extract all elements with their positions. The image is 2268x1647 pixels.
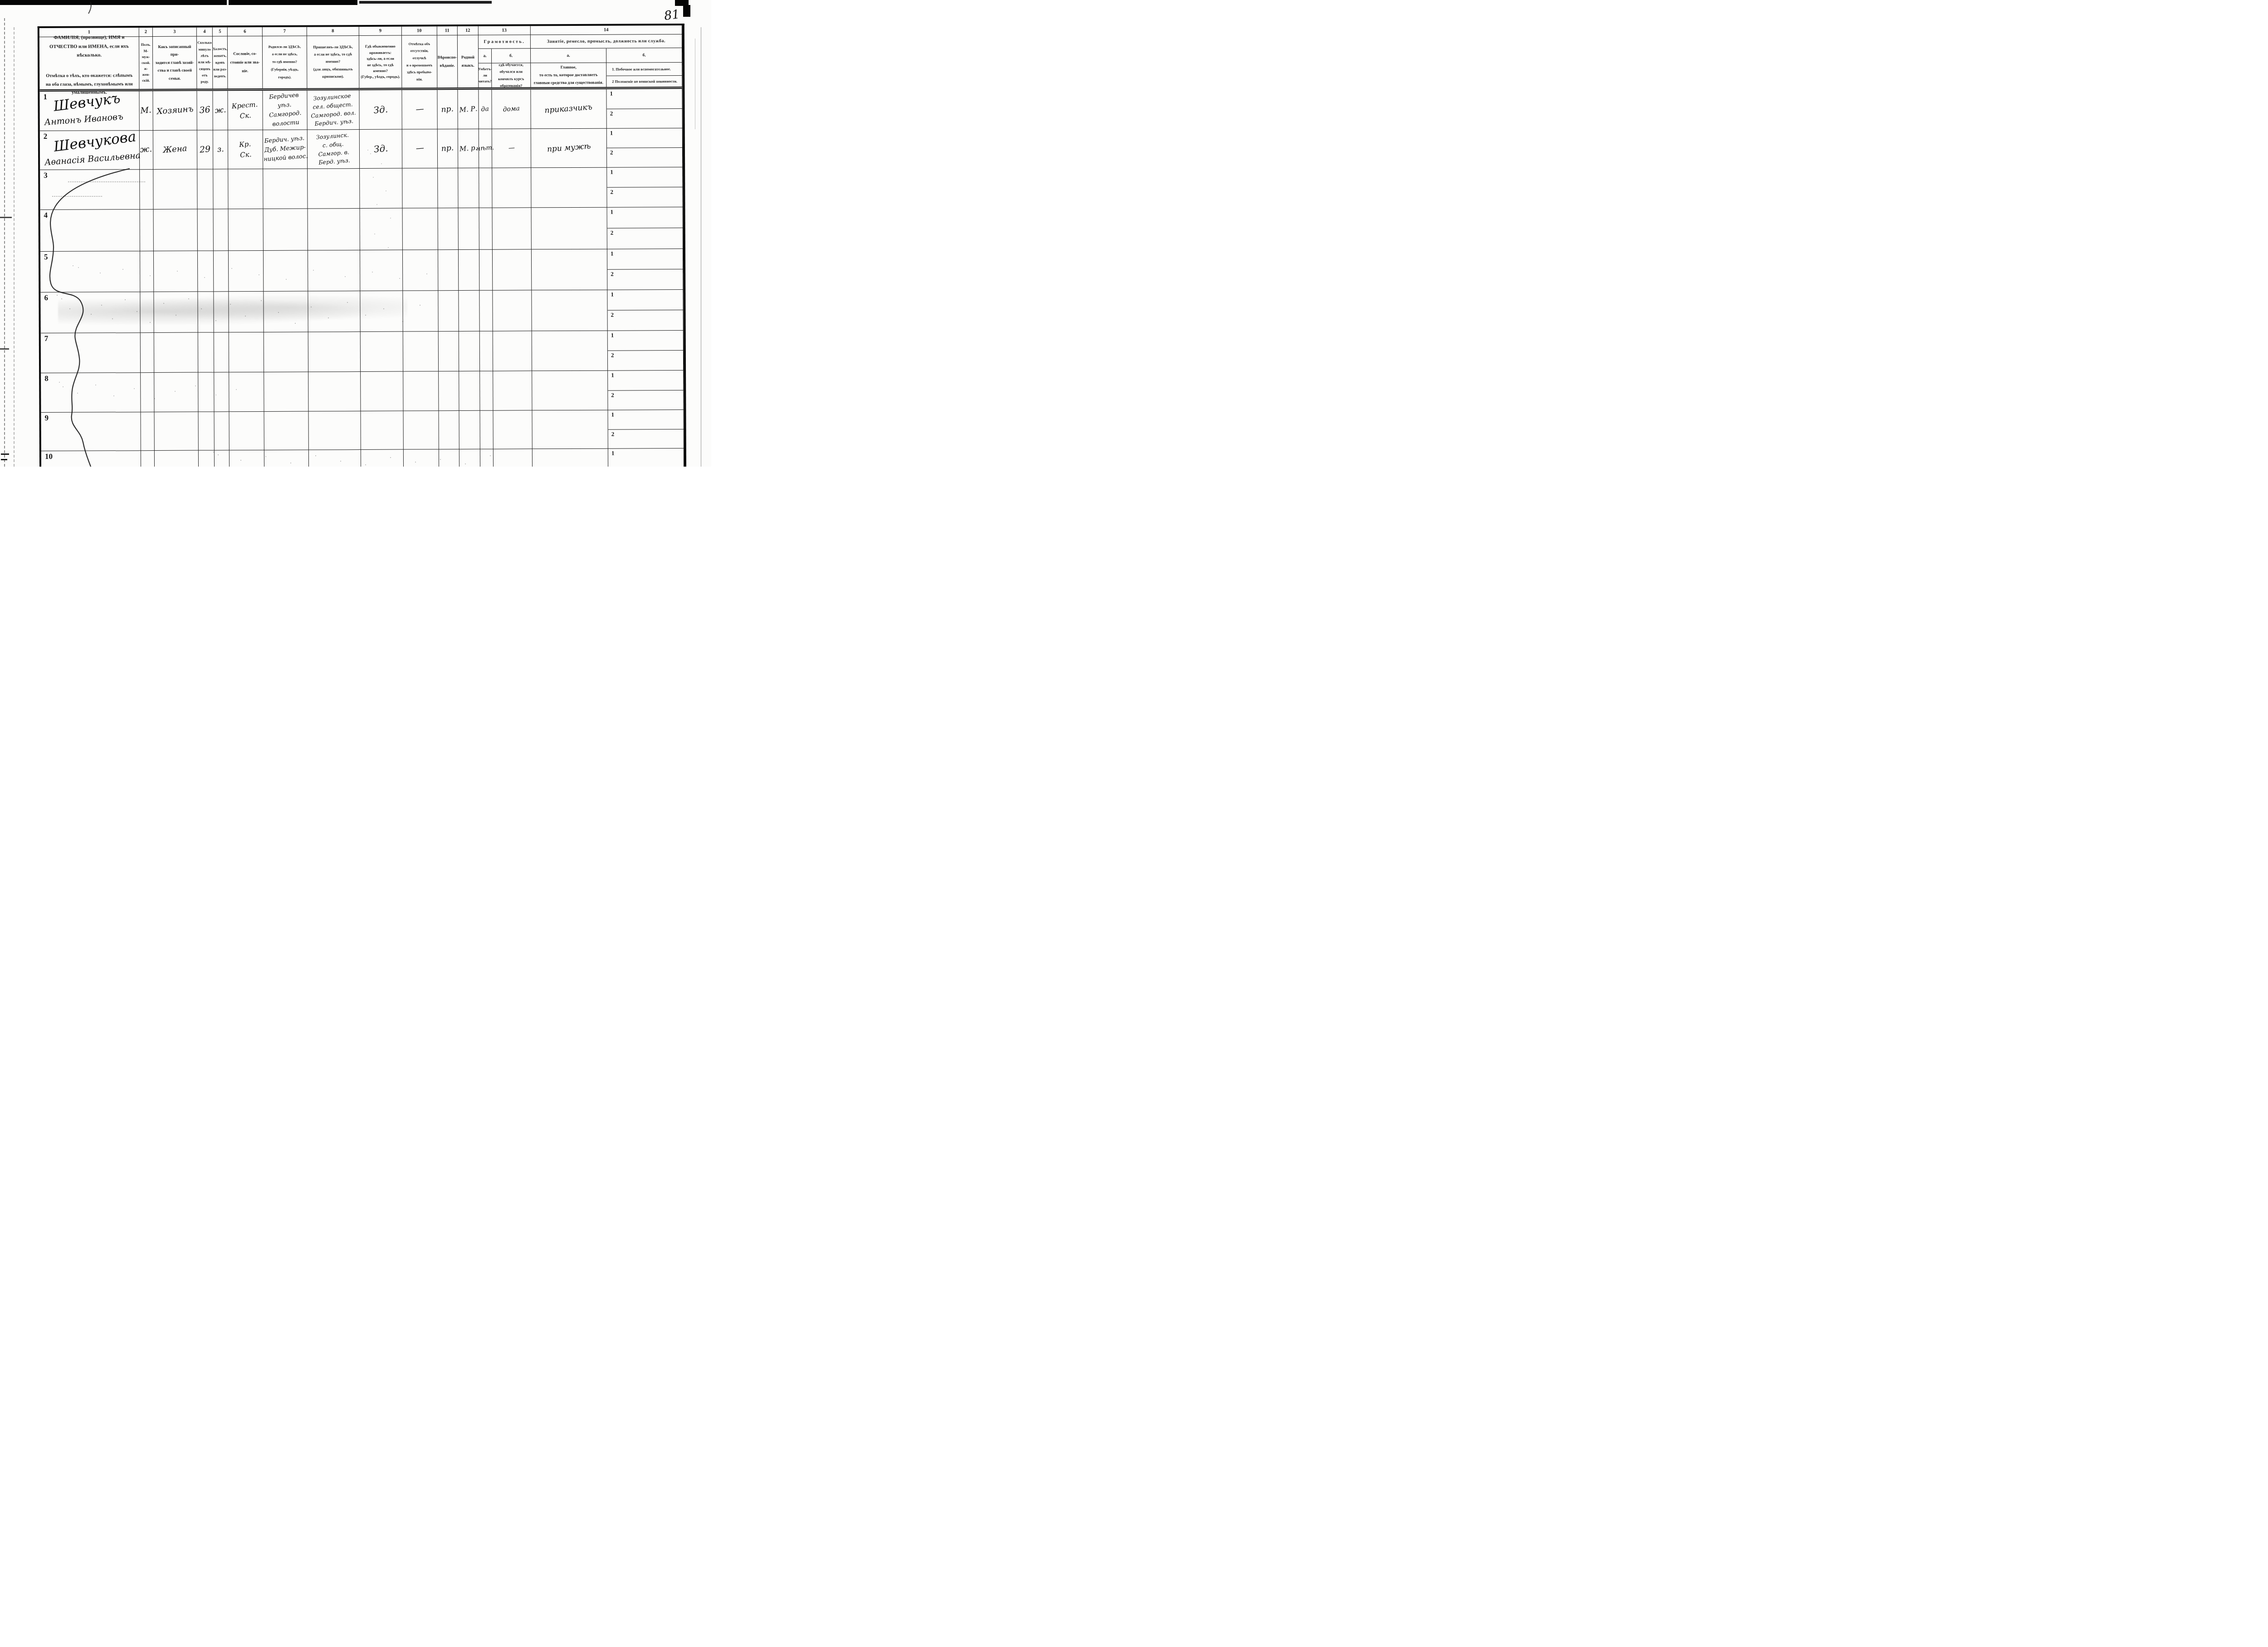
row-1-cell-lang: М. Р. [458, 90, 479, 129]
header-literacy-education: гдѣ обучается, обучался или кончилъ курс… [492, 63, 531, 89]
row-5-cell-lit [479, 250, 493, 291]
row-10-cell-abs [404, 449, 439, 467]
row-3-cell-reg [308, 169, 360, 209]
row-6-side-occupation-1: 1 [607, 290, 683, 311]
row-1-cell-edu: дома [492, 89, 531, 129]
header-literacy-a: а. [479, 49, 492, 63]
row-4-side-occupation-1: 1 [607, 207, 683, 229]
row-5-cell-live [360, 250, 403, 291]
row-4-cell-edu [493, 208, 532, 249]
row-2-cell-born: Бердич. уѣз. Дуб. Межир- ницкой волос. [263, 130, 308, 169]
row-9-cell-abs [403, 411, 439, 449]
header-absence: Отмѣтка объ отсутствіи, отлучкѣ и о врем… [402, 35, 438, 90]
row-8-cell-reg [308, 372, 361, 412]
row-number-10: 10 [45, 452, 53, 461]
row-8-cell-lit [480, 371, 493, 411]
header-birthplace: Родился-ли ЗДѢСЬ, а если не здѣсь, то гд… [263, 36, 308, 91]
header-occupation-a: а. [531, 49, 606, 63]
row-9-cell-rel [154, 412, 198, 451]
row-9-side-occupation-2: 2 [608, 429, 684, 449]
row-7-cell-reg [308, 332, 361, 372]
side-occupation-label-2: 2 [611, 271, 614, 278]
row-8-cell-edu [493, 371, 532, 410]
row-5-cell-age [198, 251, 214, 292]
row-3-cell-born [263, 169, 308, 209]
side-occupation-label-2: 2 [611, 352, 614, 359]
row-4-cell-occ [532, 208, 607, 250]
row-8-cell-lang [459, 371, 480, 411]
row-10-cell-est [230, 450, 264, 467]
row-9-cell-est [229, 412, 264, 450]
row-2-rel-value: Жена [162, 143, 187, 156]
row-1-age-value: 36 [199, 104, 211, 117]
row-4-cell-abs [403, 208, 438, 250]
row-2-cell-lit: нѣт. [479, 129, 492, 168]
margin-dash [1, 459, 7, 460]
row-3-cell-sex [140, 170, 153, 210]
row-number-8: 8 [44, 374, 49, 383]
margin-line [4, 18, 5, 467]
row-1-cell-live: Зд. [359, 90, 402, 130]
row-10-cell-mar [215, 450, 230, 467]
row-2-lang-value: М. р. [459, 143, 478, 154]
row-7-cell-born [264, 332, 308, 372]
row-9-cell-edu [493, 410, 532, 449]
row-9-cell-reg [308, 411, 361, 450]
row-6-cell-name: 6 [40, 292, 140, 333]
row-9-cell-name: 9 [41, 412, 141, 451]
row-9-cell-lit [480, 411, 493, 449]
census-sheet-scan: 81 1 2 3 4 5 6 7 8 9 10 11 12 13 14 ФАМИ… [0, 0, 711, 467]
row-2-mar-value: з. [217, 144, 224, 155]
col-number-14: 14 [531, 25, 682, 35]
side-occupation-label-1: 1 [611, 332, 614, 339]
row-2-faith-value: пр. [441, 143, 455, 154]
side-occupation-label-2: 2 [611, 431, 615, 438]
row-10-cell-faith [439, 449, 459, 467]
row-3-cell-age [197, 169, 213, 209]
row-10-cell-lit [480, 449, 494, 467]
row-1-cell-est: Крест. Ск. [228, 91, 263, 130]
header-sex: Полъ. М-муж- ской. ж-жен- скій. [139, 37, 153, 91]
row-6-cell-lit [479, 291, 493, 331]
row-5-cell-lang [459, 250, 479, 291]
row-9-cell-occ [532, 410, 608, 449]
col-number-4: 4 [197, 27, 213, 36]
row-6-cell-lang [459, 291, 479, 331]
row-5-cell-reg [308, 250, 360, 292]
row-4-cell-born [264, 209, 308, 251]
side-occupation-label-1: 1 [610, 130, 613, 137]
row-7-side-occupation-1: 1 [608, 331, 684, 351]
row-8-cell-abs [403, 371, 439, 411]
row-10-cell-occ [533, 449, 608, 467]
row-6-cell-born [264, 292, 308, 332]
row-6-cell-mar [214, 292, 229, 332]
row-3-cell-faith [438, 168, 458, 208]
row-7-cell-live [361, 332, 403, 372]
row-8-cell-name: 8 [41, 373, 141, 413]
row-4-cell-age [198, 209, 214, 251]
row-5-cell-sex [140, 251, 154, 292]
row-5-cell-rel [154, 251, 198, 292]
margin-dash [0, 217, 12, 218]
row-10-cell-age [199, 450, 215, 467]
row-4-cell-name: 4 [40, 210, 140, 252]
row-1-cell-abs: — [402, 90, 437, 129]
row-5-cell-name: 5 [40, 251, 140, 292]
row-number-1: 1 [43, 93, 47, 102]
col-number-9: 9 [359, 27, 402, 36]
row-2-live-value: Зд. [373, 142, 388, 156]
row-9-cell-sex [141, 412, 154, 451]
row-10-cell-reg [309, 450, 361, 467]
row-number-2: 2 [44, 132, 48, 141]
row-3-cell-occ [531, 168, 607, 208]
row-10-cell-born [264, 450, 309, 467]
row-5-cell-edu [493, 249, 532, 290]
col-number-12: 12 [458, 26, 479, 35]
row-3-cell-abs [402, 168, 438, 208]
row-6-side-occupation-2: 2 [608, 310, 684, 331]
row-1-cell-rel: Хозяинъ [153, 91, 197, 131]
col-number-5: 5 [213, 27, 228, 36]
row-4-cell-mar [214, 209, 229, 251]
row-2-est-value: Кр. Ск. [239, 139, 252, 160]
row-8-cell-faith [439, 371, 459, 411]
row-3-cell-rel [153, 170, 197, 210]
row-8-cell-live [361, 372, 403, 411]
header-age: Сколько минуло лѣтъ или мѣ- сяцевъ отъ р… [197, 36, 213, 91]
row-10-cell-sex [141, 451, 155, 467]
row-1-cell-mar: ж. [213, 91, 228, 130]
row-9-cell-mar [214, 412, 229, 450]
row-8-side-occupation-1: 1 [608, 370, 684, 391]
row-2-cell-reg: Зозулинск. с. общ. Самгор. в. Берд. уѣз. [308, 130, 360, 169]
row-7-cell-abs [403, 331, 439, 371]
side-occupation-label-1: 1 [611, 209, 614, 216]
row-5-cell-mar [214, 251, 229, 292]
row-8-side-occupation-2: 2 [608, 390, 684, 410]
scan-corner-mark [683, 5, 690, 17]
row-4-cell-est [229, 209, 264, 251]
row-2-cell-live: Зд. [360, 130, 402, 169]
row-10-cell-rel [155, 451, 199, 467]
side-occupation-label-2: 2 [610, 110, 613, 117]
row-1-cell-occ: приказчикъ [531, 89, 606, 129]
row-2-cell-sex: ж. [140, 131, 153, 170]
row-5-cell-occ [532, 249, 607, 291]
page-edge-line [701, 27, 701, 467]
row-7-cell-est [229, 332, 264, 372]
row-2-sex-value: ж. [140, 144, 153, 156]
row-4-cell-lit [479, 208, 493, 250]
header-religion: Вѣроиспо- вѣданіе. [437, 35, 458, 90]
side-occupation-label-1: 1 [611, 411, 614, 419]
row-1-lit-value: да [481, 105, 489, 114]
row-3-side-occupation-1: 1 [607, 167, 683, 188]
row-5-side-occupation-1: 1 [607, 249, 683, 270]
row-1-cell-reg: Зозулинское сел. общест. Самгород. вол. … [307, 90, 359, 130]
row-2-edu-value: — [508, 144, 515, 153]
row-1-side-occupation-1: 1 [606, 89, 682, 109]
row-2-cell-rel: Жена [153, 131, 197, 170]
row-2-cell-faith: пр. [438, 129, 458, 168]
row-2-abs-value: — [415, 143, 425, 155]
row-3-cell-lit [479, 168, 492, 208]
row-2-occ-value: при мужѣ [547, 141, 591, 155]
row-6-cell-est [229, 292, 264, 332]
row-2-cell-name: 2ШевчуковаАѳанасія Васильевна [40, 131, 140, 170]
row-8-cell-occ [532, 371, 608, 411]
header-estate: Сословіе, со- стояніе или зва- ніе. [228, 36, 263, 91]
row-1-reg-value: Зозулинское сел. общест. Самгород. вол. … [309, 91, 357, 128]
row-2-age-value: 29 [199, 143, 211, 156]
row-6-cell-age [198, 292, 214, 332]
row-6-cell-occ [532, 290, 607, 331]
row-5-cell-est [229, 251, 264, 292]
row-8-cell-rel [154, 373, 198, 412]
row-5-cell-born [264, 251, 308, 292]
row-3-side-occupation-2: 2 [607, 187, 683, 208]
header-occupation-military: 2 Положеніе по воинской повинности. [606, 76, 682, 89]
row-7-cell-age [198, 332, 214, 372]
row-1-live-value: Зд. [373, 103, 388, 116]
row-5-cell-faith [438, 250, 459, 291]
row-10-cell-edu [494, 449, 533, 467]
row-number-3: 3 [44, 171, 48, 180]
side-occupation-label-1: 1 [611, 372, 614, 379]
header-language: Родной языкъ. [458, 35, 479, 90]
margin-dash [0, 348, 9, 350]
row-1-cell-name: 1ШевчукъАнтонъ Ивановъ [39, 91, 139, 131]
census-table: 1 2 3 4 5 6 7 8 9 10 11 12 13 14 ФАМИЛІЯ… [38, 24, 686, 467]
side-occupation-label-1: 1 [611, 450, 615, 457]
row-6-cell-rel [154, 292, 198, 333]
row-9-cell-faith [439, 411, 459, 449]
row-2-cell-edu: — [492, 129, 531, 168]
row-1-abs-value: — [415, 104, 424, 116]
row-6-cell-abs [403, 291, 438, 331]
row-number-5: 5 [44, 253, 48, 262]
page-number: 81 [663, 7, 680, 23]
row-8-cell-est [229, 372, 264, 412]
side-occupation-label-2: 2 [610, 189, 613, 196]
row-2-born-value: Бердич. уѣз. Дуб. Межир- ницкой волос. [262, 134, 308, 165]
row-4-side-occupation-2: 2 [607, 228, 683, 249]
row-2-cell-occ: при мужѣ [531, 129, 607, 168]
header-occupation-main: Главное, то есть то, которое доставляетъ… [531, 63, 606, 90]
row-2-side-occupation-1: 1 [607, 128, 683, 148]
row-9-cell-age [198, 412, 214, 450]
row-number-7: 7 [44, 334, 49, 343]
col-number-3: 3 [153, 28, 197, 37]
row-2-cell-mar: з. [213, 130, 228, 169]
row-4-cell-live [360, 209, 403, 250]
side-occupation-label-2: 2 [611, 392, 614, 399]
row-3-cell-lang [458, 168, 479, 208]
row-8-cell-born [264, 372, 308, 412]
row-9-cell-lang [459, 411, 480, 449]
row-9-cell-born [264, 412, 308, 450]
row-1-faith-value: пр. [441, 104, 454, 115]
margin-dash [1, 453, 9, 455]
col-number-10: 10 [402, 26, 437, 35]
scan-edge-bar [359, 1, 492, 4]
row-3-cell-live [360, 169, 402, 209]
row-2-cell-abs: — [402, 129, 438, 168]
row-1-mar-value: ж. [214, 105, 226, 116]
row-3-cell-mar [213, 169, 228, 209]
row-1-est-value: Крест. Ск. [231, 99, 259, 122]
row-1-cell-born: Бердичев уѣз. Самгород. волости [263, 91, 307, 130]
col-number-2: 2 [139, 28, 153, 37]
row-7-cell-occ [532, 331, 608, 371]
header-occupation-b: б. [606, 48, 682, 63]
row-8-cell-mar [214, 372, 229, 412]
row-10-cell-lang [459, 449, 480, 467]
row-5-cell-abs [403, 250, 438, 291]
row-7-cell-name: 7 [41, 333, 141, 373]
row-9-cell-live [361, 411, 403, 450]
row-1-cell-faith: пр. [437, 90, 458, 129]
side-occupation-label-1: 1 [611, 291, 614, 298]
row-2-reg-value: Зозулинск. с. общ. Самгор. в. Берд. уѣз. [316, 131, 351, 167]
row-3-cell-est [228, 169, 263, 209]
header-name-main: ФАМИЛІЯ, (прозвище), ИМЯ и ОТЧЕСТВО или … [44, 33, 134, 60]
row-10-cell-name: 10 [41, 451, 141, 467]
col-number-6: 6 [228, 27, 263, 36]
header-relation: Какъ записанный при- ходится главѣ хозяй… [153, 37, 197, 91]
row-8-cell-age [198, 372, 214, 412]
row-7-side-occupation-2: 2 [608, 351, 684, 371]
row-number-6: 6 [44, 293, 48, 302]
scan-edge-bar [0, 0, 227, 5]
row-1-cell-age: 36 [197, 91, 213, 130]
row-1-cell-lit: да [479, 90, 492, 129]
row-4-cell-lang [459, 208, 479, 250]
side-occupation-label-2: 2 [611, 312, 614, 319]
header-literacy-group: Грамотность. [479, 35, 531, 49]
row-5-side-occupation-2: 2 [607, 269, 683, 290]
margin-line [14, 27, 15, 467]
row-7-cell-edu [493, 331, 532, 371]
row-4-cell-sex [140, 210, 154, 251]
row-8-cell-sex [141, 373, 154, 412]
col-number-8: 8 [307, 27, 359, 36]
row-4-cell-rel [154, 210, 198, 251]
page-edge-line [695, 39, 695, 129]
row-1-sex-value: М. [140, 105, 152, 117]
row-4-cell-reg [308, 209, 360, 251]
row-7-cell-rel [154, 333, 198, 373]
row-10-side-occupation-1: 1 [608, 448, 684, 467]
col-number-11: 11 [437, 26, 458, 35]
row-3-cell-name: 3 [40, 170, 140, 210]
header-literacy-read: Умѣетъ- ли читать? [479, 63, 492, 90]
row-6-cell-faith [438, 291, 459, 331]
header-registered: Приписанъ-ли ЗДѢСЬ, а если не здѣсь, то … [307, 36, 360, 91]
header-marital: Холостъ, женатъ, вдовъ или раз- веденъ. [213, 36, 228, 91]
row-1-edu-value: дома [503, 104, 520, 114]
header-residence: Гдѣ обыкновенно проживаетъ: здѣсь-ли, а … [359, 36, 402, 90]
side-occupation-label-1: 1 [611, 250, 614, 258]
row-1-rel-value: Хозяинъ [156, 104, 193, 117]
row-2-cell-est: Кр. Ск. [228, 130, 263, 169]
row-3-cell-edu [492, 168, 531, 208]
scan-edge-bar [229, 0, 357, 5]
side-occupation-label-2: 2 [610, 149, 613, 156]
row-1-cell-sex: М. [139, 91, 153, 131]
row-4-cell-faith [438, 208, 459, 250]
side-occupation-label-2: 2 [611, 229, 614, 237]
row-2-side-occupation-2: 2 [607, 148, 683, 168]
row-1-side-occupation-2: 2 [607, 109, 683, 129]
row-1-lang-value: М. Р. [459, 104, 477, 114]
side-occupation-label-1: 1 [610, 90, 613, 97]
row-2-cell-age: 29 [197, 130, 213, 169]
row-7-cell-sex [141, 333, 154, 373]
col-number-13: 13 [479, 26, 531, 35]
row-number-4: 4 [44, 211, 48, 220]
row-6-cell-reg [308, 291, 360, 332]
row-7-cell-faith [439, 331, 459, 371]
row-9-side-occupation-1: 1 [608, 410, 684, 430]
row-7-cell-lit [480, 331, 493, 371]
header-occupation-side: 1. Побочное или вспомогательное. [606, 63, 682, 76]
row-6-cell-edu [493, 290, 532, 331]
row-6-cell-sex [140, 292, 154, 333]
row-10-cell-live [361, 450, 404, 467]
header-name: ФАМИЛІЯ, (прозвище), ИМЯ и ОТЧЕСТВО или … [39, 37, 140, 92]
col-number-7: 7 [263, 27, 307, 36]
row-number-9: 9 [44, 414, 49, 423]
row-6-cell-live [360, 291, 403, 332]
row-7-cell-lang [459, 331, 480, 371]
side-occupation-label-1: 1 [610, 169, 613, 176]
row-7-cell-mar [214, 332, 229, 372]
row-1-born-value: Бердичев уѣз. Самгород. волости [262, 90, 308, 130]
row-1-occ-value: приказчикъ [544, 102, 593, 116]
header-occupation-group: Занятіе, ремесло, промыслъ, должность ил… [531, 34, 682, 49]
